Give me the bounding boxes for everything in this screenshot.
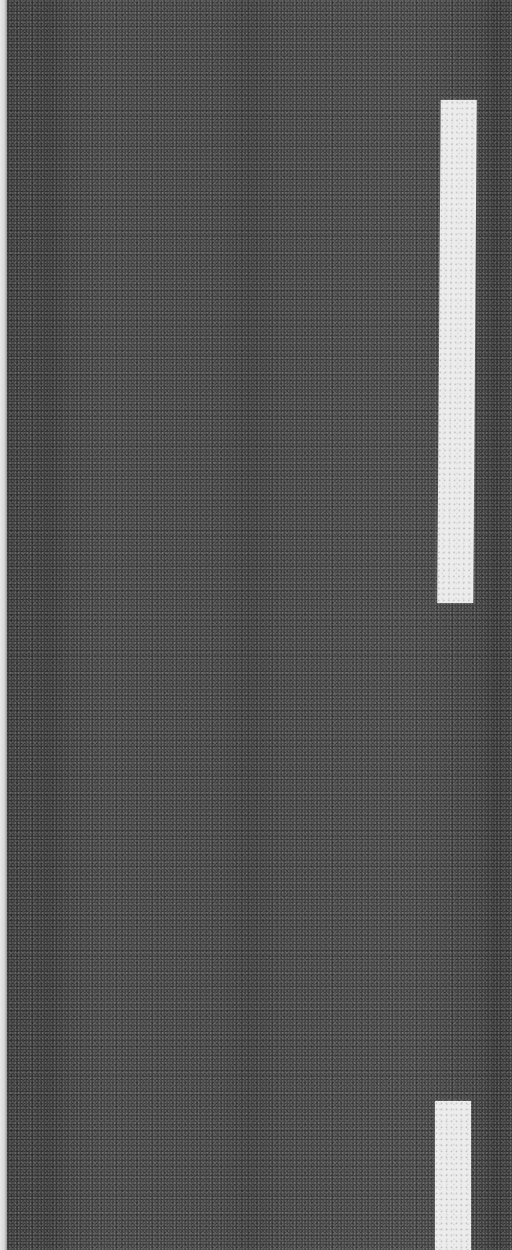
- lane-dash-marking: [435, 1101, 471, 1250]
- tire-wear-band: [220, 0, 280, 1250]
- tire-wear-band: [30, 0, 70, 1250]
- lane-dash-marking: [437, 100, 477, 603]
- left-edge-line: [0, 0, 7, 1250]
- tire-wear-band: [480, 0, 512, 1250]
- road-surface: [0, 0, 512, 1250]
